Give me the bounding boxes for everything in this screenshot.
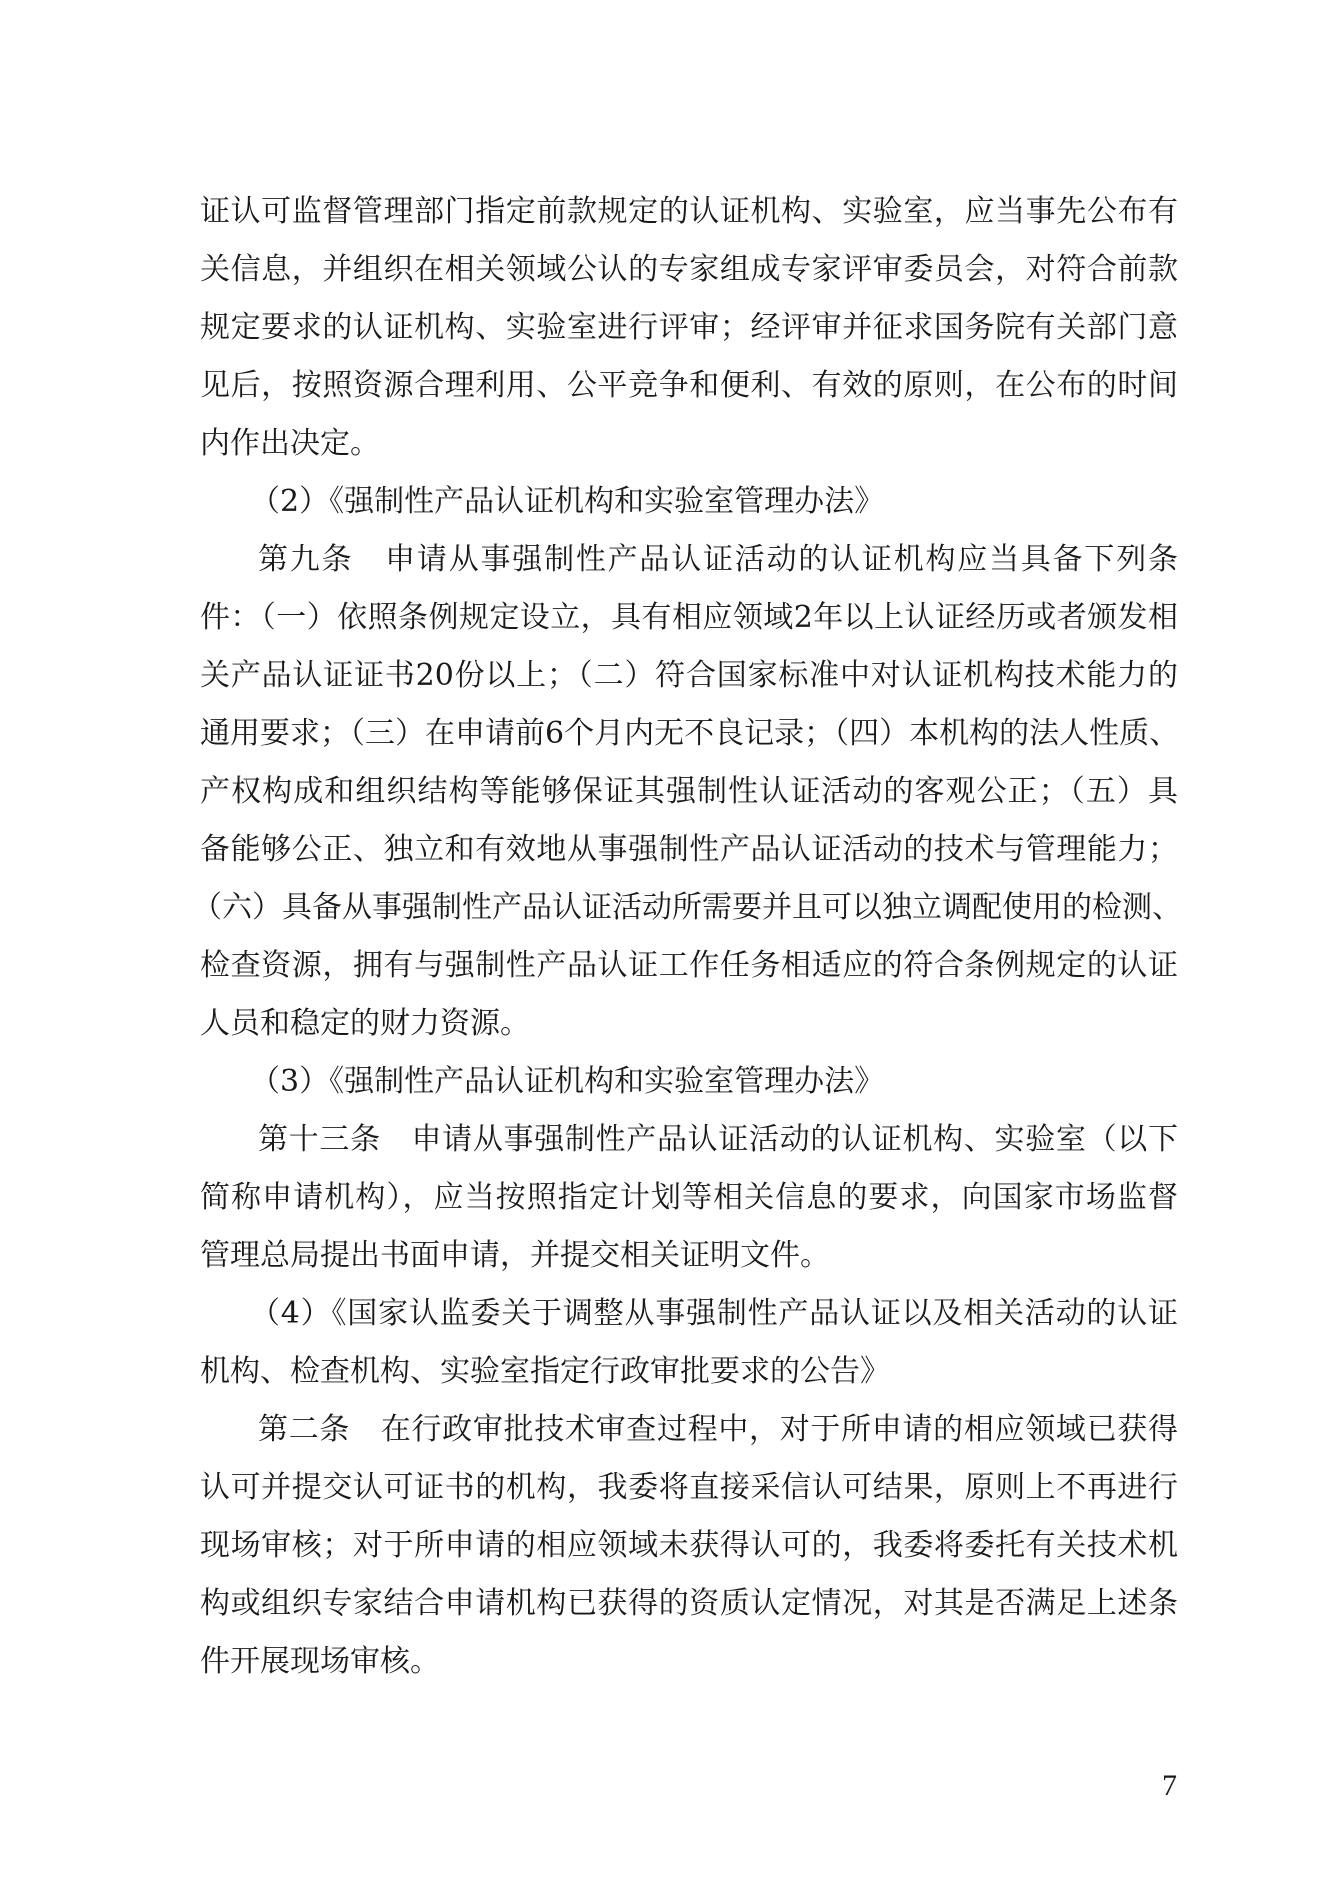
section-heading: （4）《国家认监委关于调整从事强制性产品认证以及相关活动的认证 (250, 1285, 1178, 1343)
text-line: 检查资源，拥有与强制性产品认证工作任务相适应的符合条例规定的认证 (200, 937, 1178, 995)
text-line: 简称申请机构），应当按照指定计划等相关信息的要求，向国家市场监督 (200, 1169, 1178, 1227)
text-line: 人员和稳定的财力资源。 (200, 995, 1178, 1053)
text-line: 关信息，并组织在相关领域公认的专家组成专家评审委员会，对符合前款 (200, 241, 1178, 299)
text-line: 产权构成和组织结构等能够保证其强制性认证活动的客观公正；（五）具 (200, 763, 1178, 821)
text-line: 件：（一）依照条例规定设立，具有相应领域2年以上认证经历或者颁发相 (200, 589, 1178, 647)
article-heading-line: 第十三条 申请从事强制性产品认证活动的认证机构、实验室（以下 (258, 1111, 1178, 1169)
page-number: 7 (1162, 1768, 1177, 1804)
document-page: 证认可监督管理部门指定前款规定的认证机构、实验室，应当事先公布有 关信息，并组织… (0, 0, 1339, 1890)
text-line: 规定要求的认证机构、实验室进行评审；经评审并征求国务院有关部门意 (200, 299, 1178, 357)
section-heading: （2）《强制性产品认证机构和实验室管理办法》 (250, 473, 1170, 531)
text-line: 见后，按照资源合理利用、公平竞争和便利、有效的原则，在公布的时间 (200, 357, 1178, 415)
article-heading-line: 第九条 申请从事强制性产品认证活动的认证机构应当具备下列条 (258, 531, 1178, 589)
text-line: 件开展现场审核。 (200, 1633, 1178, 1691)
text-line: 构或组织专家结合申请机构已获得的资质认定情况，对其是否满足上述条 (200, 1575, 1178, 1633)
text-line: 现场审核；对于所申请的相应领域未获得认可的，我委将委托有关技术机 (200, 1517, 1178, 1575)
text-line: 关产品认证证书20份以上；（二）符合国家标准中对认证机构技术能力的 (200, 647, 1178, 705)
text-line: 认可并提交认可证书的机构，我委将直接采信认可结果，原则上不再进行 (200, 1459, 1178, 1517)
text-line: （六）具备从事强制性产品认证活动所需要并且可以独立调配使用的检测、 (192, 879, 1178, 937)
text-line: 备能够公正、独立和有效地从事强制性产品认证活动的技术与管理能力； (200, 821, 1178, 879)
section-heading: （3）《强制性产品认证机构和实验室管理办法》 (250, 1053, 1170, 1111)
text-line: 内作出决定。 (200, 415, 1178, 473)
text-line: 管理总局提出书面申请，并提交相关证明文件。 (200, 1227, 1178, 1285)
text-line: 证认可监督管理部门指定前款规定的认证机构、实验室，应当事先公布有 (200, 183, 1178, 241)
article-heading-line: 第二条 在行政审批技术审查过程中，对于所申请的相应领域已获得 (258, 1401, 1178, 1459)
text-line: 通用要求；（三）在申请前6个月内无不良记录；（四）本机构的法人性质、 (200, 705, 1178, 763)
section-heading-continued: 机构、检查机构、实验室指定行政审批要求的公告》 (200, 1343, 1178, 1401)
